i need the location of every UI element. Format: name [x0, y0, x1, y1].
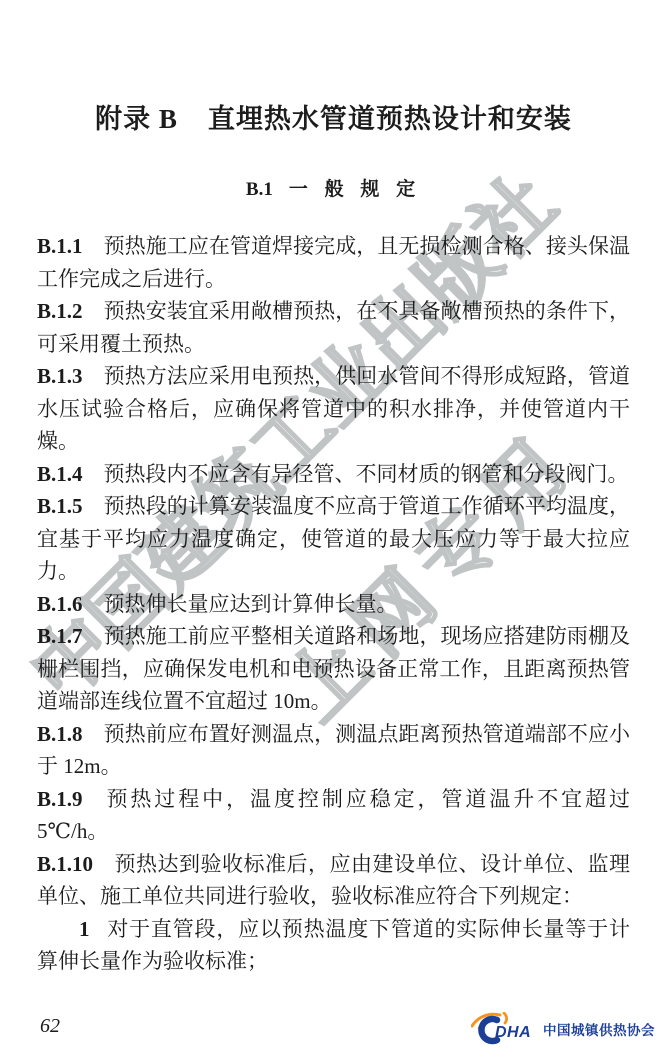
clause-b1110: B.1.10预热达到验收标准后，应由建设单位、设计单位、监理单位、施工单位共同进…	[37, 848, 630, 913]
section-heading: B.1一 般 规 定	[37, 178, 630, 202]
document-page: 中国建筑工业出版社 上网专用 附录 B直埋热水管道预热设计和安装 B.1一 般 …	[0, 0, 667, 1058]
appendix-label: 附录 B	[95, 104, 178, 134]
clause-text: 预热施工应在管道焊接完成，且无损检测合格、接头保温工作完成之后进行。	[37, 234, 630, 291]
dha-logo-icon: DHA	[471, 1012, 537, 1046]
clause-number: B.1.2	[37, 299, 83, 323]
clause-number: B.1.7	[37, 624, 83, 648]
clause-b118: B.1.8预热前应布置好测温点，测温点距离预热管道端部不应小于 12m。	[37, 718, 630, 783]
clauses: B.1.1预热施工应在管道焊接完成，且无损检测合格、接头保温工作完成之后进行。 …	[37, 230, 630, 978]
clause-text: 预热前应布置好测温点，测温点距离预热管道端部不应小于 12m。	[37, 722, 630, 779]
clause-b111: B.1.1预热施工应在管道焊接完成，且无损检测合格、接头保温工作完成之后进行。	[37, 230, 630, 295]
section-number: B.1	[246, 179, 273, 200]
clause-number: B.1.3	[37, 364, 83, 388]
clause-text: 预热段内不应含有异径管、不同材质的钢管和分段阀门。	[104, 462, 629, 486]
clause-text: 对于直管段，应以预热温度下管道的实际伸长量等于计算伸长量作为验收标准；	[37, 917, 630, 974]
page-number: 62	[40, 1015, 60, 1038]
clause-text: 预热安装宜采用敞槽预热，在不具备敞槽预热的条件下，可采用覆土预热。	[37, 299, 630, 356]
clause-number: B.1.6	[37, 592, 83, 616]
clause-b116: B.1.6预热伸长量应达到计算伸长量。	[37, 588, 630, 621]
clause-b113: B.1.3预热方法应采用电预热，供回水管间不得形成短路，管道水压试验合格后，应确…	[37, 360, 630, 458]
clause-number: B.1.8	[37, 722, 83, 746]
clause-text: 预热方法应采用电预热，供回水管间不得形成短路，管道水压试验合格后，应确保将管道中…	[37, 364, 630, 453]
clause-text: 预热过程中，温度控制应稳定，管道温升不宜超过 5℃/h。	[37, 787, 630, 844]
clause-text: 预热达到验收标准后，应由建设单位、设计单位、监理单位、施工单位共同进行验收，验收…	[37, 852, 630, 909]
clause-b112: B.1.2预热安装宜采用敞槽预热，在不具备敞槽预热的条件下，可采用覆土预热。	[37, 295, 630, 360]
clause-b119: B.1.9预热过程中，温度控制应稳定，管道温升不宜超过 5℃/h。	[37, 783, 630, 848]
clause-b1110-sub1: 1对于直管段，应以预热温度下管道的实际伸长量等于计算伸长量作为验收标准；	[37, 913, 630, 978]
clause-b117: B.1.7预热施工前应平整相关道路和场地，现场应搭建防雨棚及栅栏围挡，应确保发电…	[37, 620, 630, 718]
dha-acronym: DHA	[495, 1024, 531, 1041]
clause-text: 预热伸长量应达到计算伸长量。	[104, 592, 398, 616]
clause-text: 预热施工前应平整相关道路和场地，现场应搭建防雨棚及栅栏围挡，应确保发电机和电预热…	[37, 624, 630, 713]
clause-number: B.1.9	[37, 787, 83, 811]
clause-number: B.1.10	[37, 852, 93, 876]
appendix-title-text: 直埋热水管道预热设计和安装	[208, 104, 572, 134]
publisher-name: 中国城镇供热协会	[543, 1019, 655, 1039]
section-title-text: 一 般 规 定	[289, 179, 421, 200]
clause-number: 1	[79, 917, 90, 941]
appendix-title: 附录 B直埋热水管道预热设计和安装	[37, 100, 630, 138]
page-content: 附录 B直埋热水管道预热设计和安装 B.1一 般 规 定 B.1.1预热施工应在…	[0, 0, 667, 978]
clause-b115: B.1.5预热段的计算安装温度不应高于管道工作循环平均温度，宜基于平均应力温度确…	[37, 490, 630, 588]
clause-b114: B.1.4预热段内不应含有异径管、不同材质的钢管和分段阀门。	[37, 458, 630, 491]
clause-number: B.1.4	[37, 462, 83, 486]
clause-number: B.1.5	[37, 494, 83, 518]
publisher-logo: DHA 中国城镇供热协会	[471, 1012, 655, 1046]
clause-text: 预热段的计算安装温度不应高于管道工作循环平均温度，宜基于平均应力温度确定，使管道…	[37, 494, 630, 583]
clause-number: B.1.1	[37, 234, 83, 258]
